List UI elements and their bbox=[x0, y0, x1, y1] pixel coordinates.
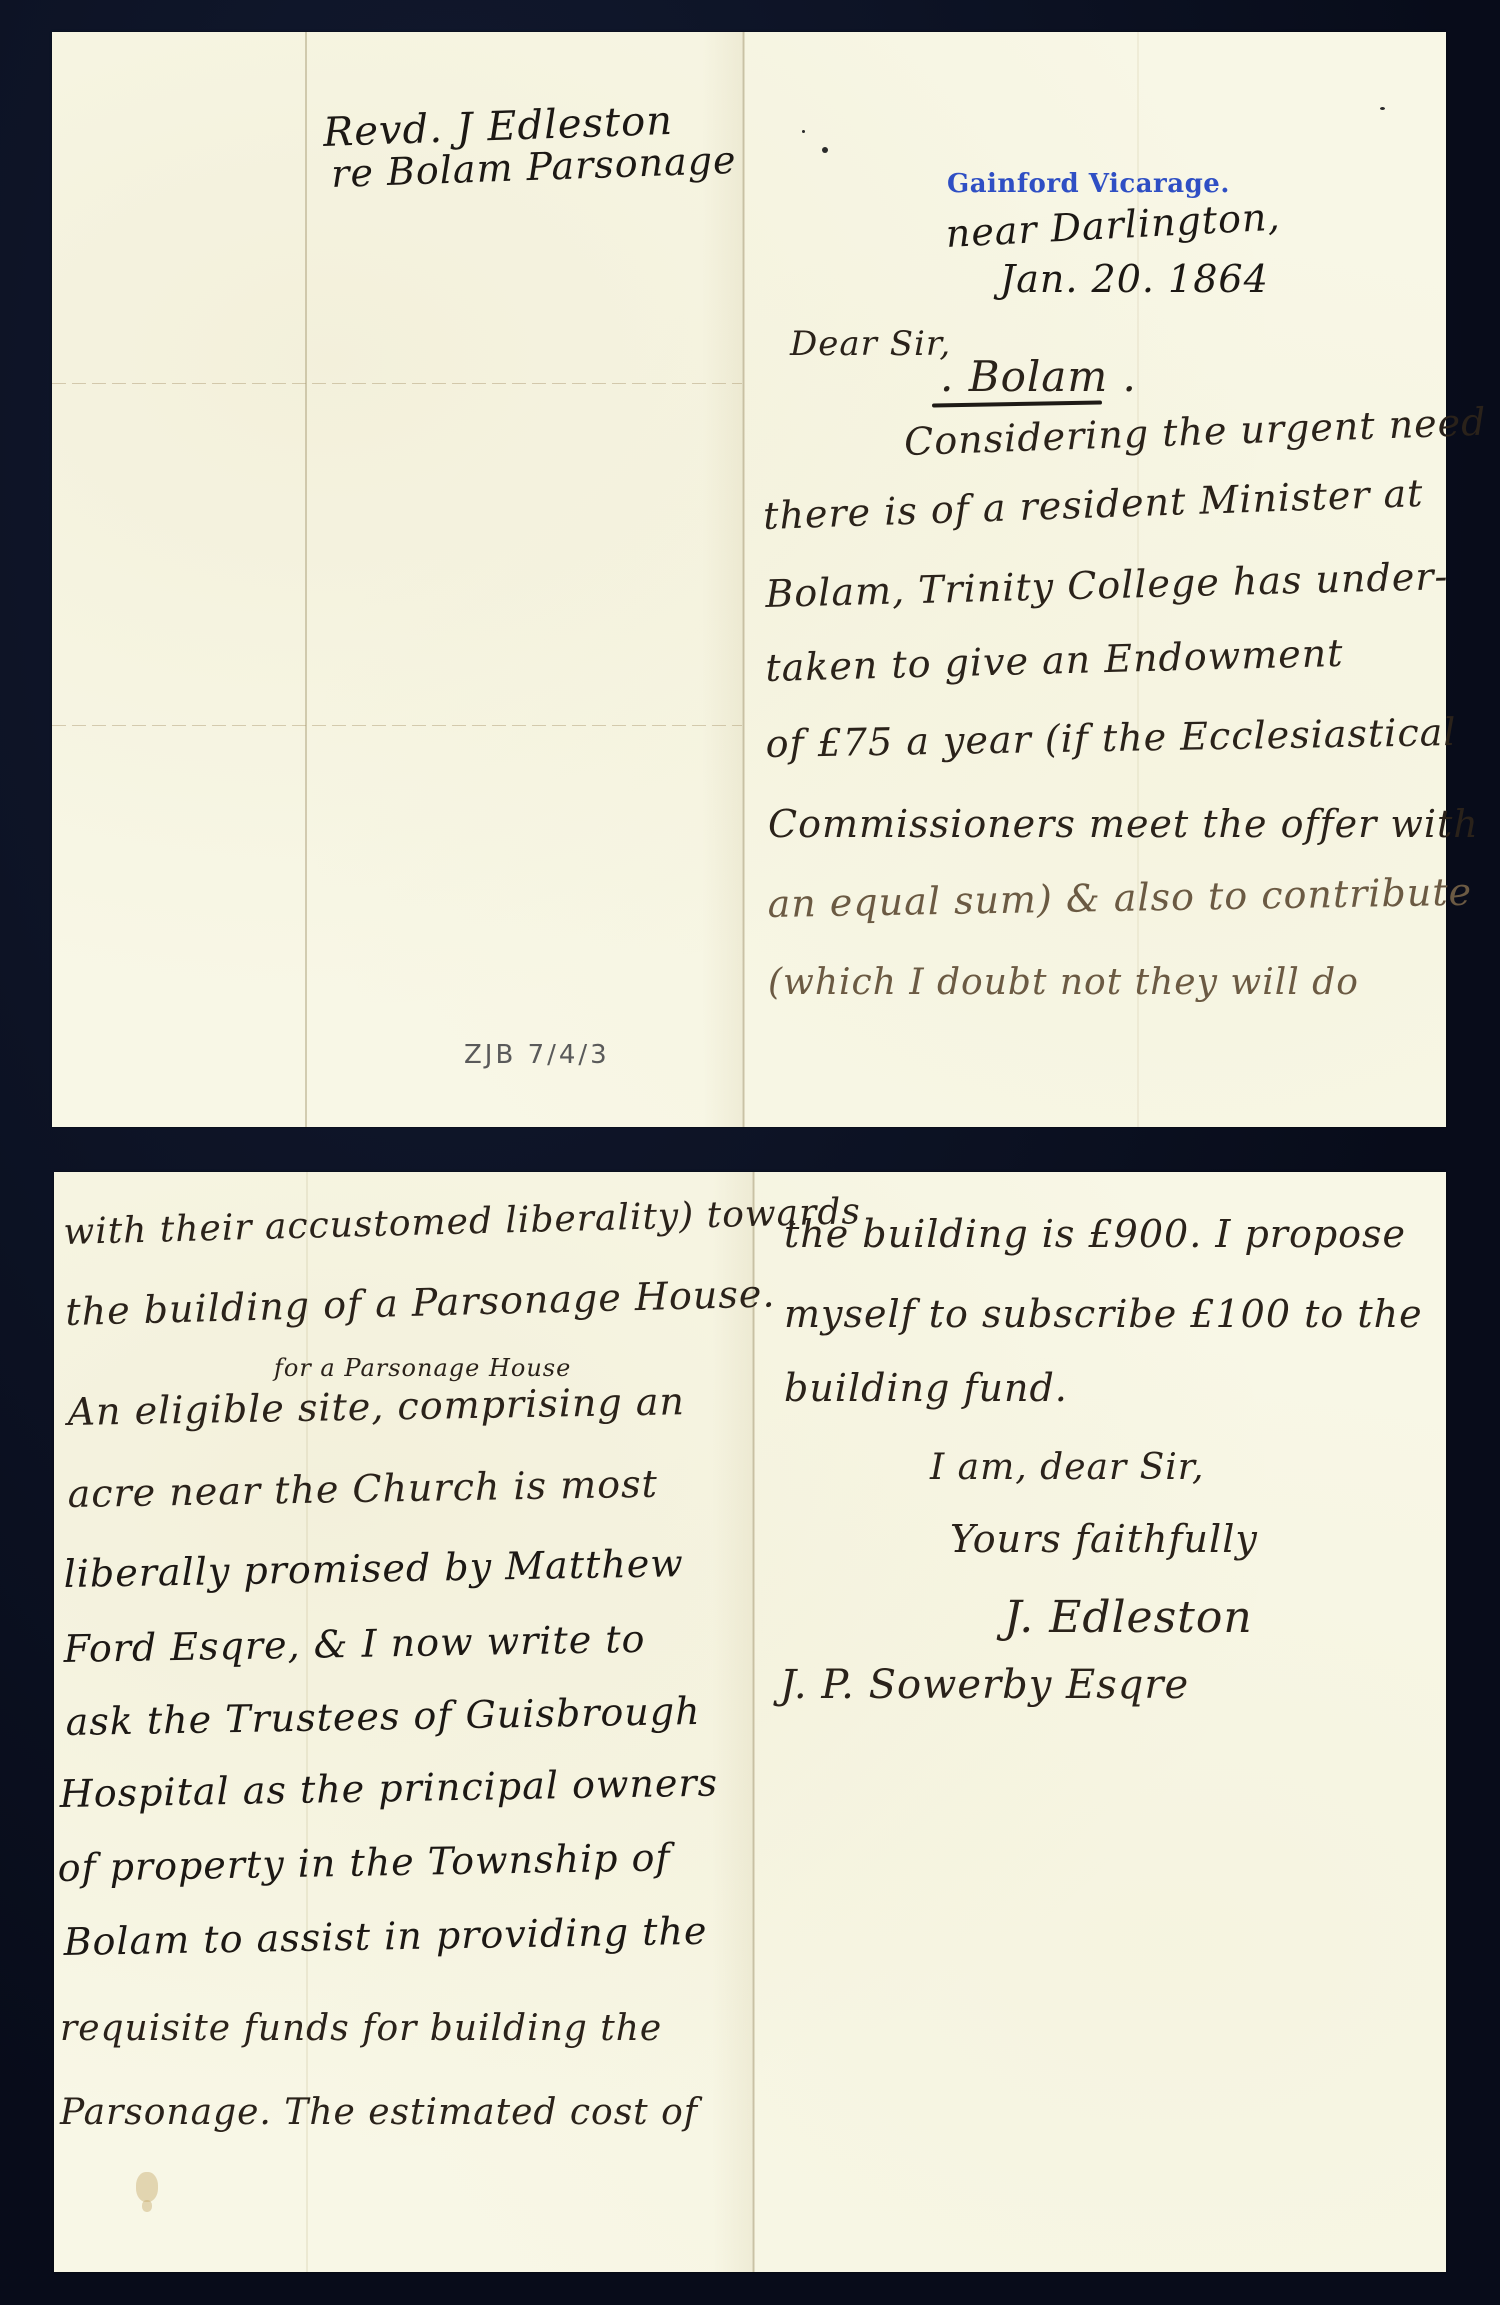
body-line: Bolam, Trinity College has under- bbox=[765, 554, 1449, 616]
paper-stain bbox=[142, 2200, 152, 2212]
closing-line: Yours faithfully bbox=[950, 1517, 1258, 1561]
body-line: of property in the Township of bbox=[57, 1835, 671, 1890]
paper-stain bbox=[136, 2172, 158, 2202]
body-line: Commissioners meet the offer with bbox=[768, 802, 1479, 846]
vertical-fold bbox=[305, 32, 307, 1127]
body-line: Ford Esqre, & I now write to bbox=[63, 1617, 646, 1671]
ink-speck bbox=[1380, 107, 1385, 110]
body-line: an equal sum) & also to contribute bbox=[767, 870, 1472, 926]
ink-speck bbox=[822, 147, 828, 153]
body-line: acre near the Church is most bbox=[67, 1462, 658, 1516]
body-line: taken to give an Endowment bbox=[765, 631, 1344, 690]
body-line: there is of a resident Minister at bbox=[762, 471, 1424, 538]
signature: J. Edleston bbox=[1004, 1592, 1253, 1643]
salutation: Dear Sir, bbox=[790, 324, 951, 364]
closing-line: I am, dear Sir, bbox=[930, 1447, 1205, 1488]
ink-speck bbox=[802, 130, 805, 133]
addressee: J. P. Sowerby Esqre bbox=[780, 1662, 1189, 1708]
body-line: Hospital as the principal owners bbox=[59, 1761, 718, 1816]
body-line: (which I doubt not they will do bbox=[768, 962, 1359, 1003]
letterhead: Gainford Vicarage. bbox=[947, 169, 1230, 199]
bottom-sheet: with their accustomed liberality) toward… bbox=[54, 1172, 1446, 2272]
body-line: ask the Trustees of Guisbrough bbox=[65, 1689, 701, 1744]
body-line: An eligible site, comprising an bbox=[67, 1379, 685, 1434]
crease-shadow bbox=[712, 1172, 752, 2272]
center-crease bbox=[752, 1172, 755, 2272]
crease-shadow bbox=[702, 32, 742, 1127]
body-line: the building of a Parsonage House. bbox=[65, 1271, 776, 1334]
body-line: building fund. bbox=[784, 1366, 1068, 1410]
body-line: liberally promised by Matthew bbox=[63, 1541, 684, 1596]
insertion-note: for a Parsonage House bbox=[274, 1354, 571, 1382]
archive-reference: ZJB 7/4/3 bbox=[464, 1040, 610, 1070]
body-line: Considering the urgent need bbox=[903, 400, 1487, 464]
address-line: near Darlington, bbox=[945, 195, 1282, 256]
body-line: myself to subscribe £100 to the bbox=[784, 1292, 1423, 1336]
horizontal-fold bbox=[52, 383, 742, 384]
horizontal-fold bbox=[52, 725, 742, 726]
body-line: of £75 a year (if the Ecclesiastical bbox=[765, 710, 1457, 766]
body-line: Parsonage. The estimated cost of bbox=[60, 2092, 698, 2133]
body-line: requisite funds for building the bbox=[60, 2008, 662, 2049]
subject-underline bbox=[932, 401, 1102, 408]
subject-heading: . Bolam . bbox=[940, 352, 1137, 401]
body-line: Bolam to assist in providing the bbox=[63, 1909, 708, 1964]
letter-date: Jan. 20. 1864 bbox=[1000, 257, 1269, 301]
top-sheet: Revd. J Edleston re Bolam Parsonage ZJB … bbox=[52, 32, 1446, 1127]
body-line: the building is £900. I propose bbox=[784, 1212, 1406, 1256]
center-crease bbox=[742, 32, 745, 1127]
